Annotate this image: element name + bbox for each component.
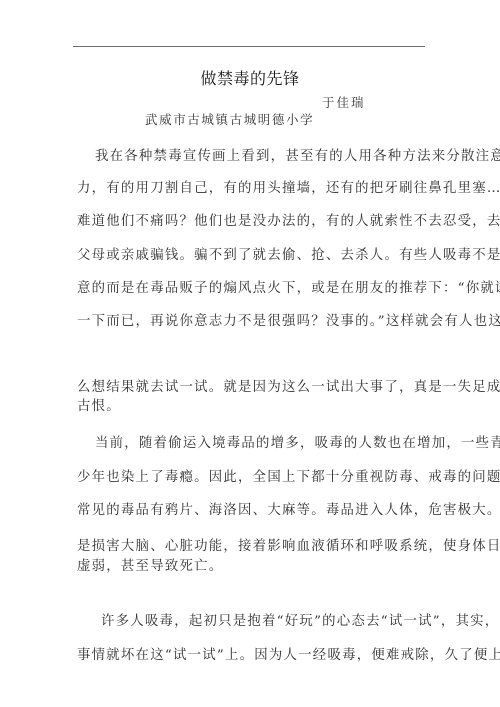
- text-line: 许多人吸毒，起初只是抱着“好玩”的心态去“试一试”，其实，: [101, 614, 461, 630]
- text-line: 么想结果就去试一试。就是因为这么一试出大事了，真是一失足成千: [77, 380, 437, 396]
- text-line: 是损害大脑、心脏功能，接着影响血液循环和呼吸系统，使身体日渐: [77, 539, 437, 555]
- text-line: 古恨。: [77, 399, 437, 415]
- author-name: 于佳瑞: [322, 93, 366, 111]
- text-line: 意的而是在毒品贩子的煽风点火下，或是在朋友的推荐下：“你就试: [77, 281, 437, 297]
- header-rule: [73, 46, 425, 47]
- text-line: 当前，随着偷运入境毒品的增多，吸毒的人数也在增加，一些青: [95, 436, 455, 452]
- text-line: 父母或亲戚骗钱。骗不到了就去偷、抢、去杀人。有些人吸毒不是故: [77, 248, 437, 264]
- text-line: 一下而已，再说你意志力不是很强吗？没事的。”这样就会有人也这: [77, 314, 437, 330]
- text-line: 少年也染上了毒瘾。因此，全国上下都十分重视防毒、戒毒的问题。: [77, 470, 437, 486]
- document-title: 做禁毒的先锋: [0, 66, 500, 89]
- text-line: 事情就坏在这“试一试”上。因为人一经吸毒，便难戒除，久了便上: [77, 648, 437, 664]
- text-line: 我在各种禁毒宣传画上看到，甚至有的人用各种方法来分散注意: [95, 149, 455, 165]
- school-name: 武威市古城镇古城明德小学: [145, 110, 314, 128]
- text-line: 力，有的用刀割自己，有的用头撞墙，还有的把牙刷往鼻孔里塞……: [77, 181, 437, 197]
- text-line: 难道他们不痛吗？他们也是没办法的，有的人就索性不去忍受，去向: [77, 214, 437, 230]
- text-line: 常见的毒品有鸦片、海洛因、大麻等。毒品进入人体，危害极大。先: [77, 503, 437, 519]
- text-line: 虚弱，甚至导致死亡。: [77, 559, 437, 575]
